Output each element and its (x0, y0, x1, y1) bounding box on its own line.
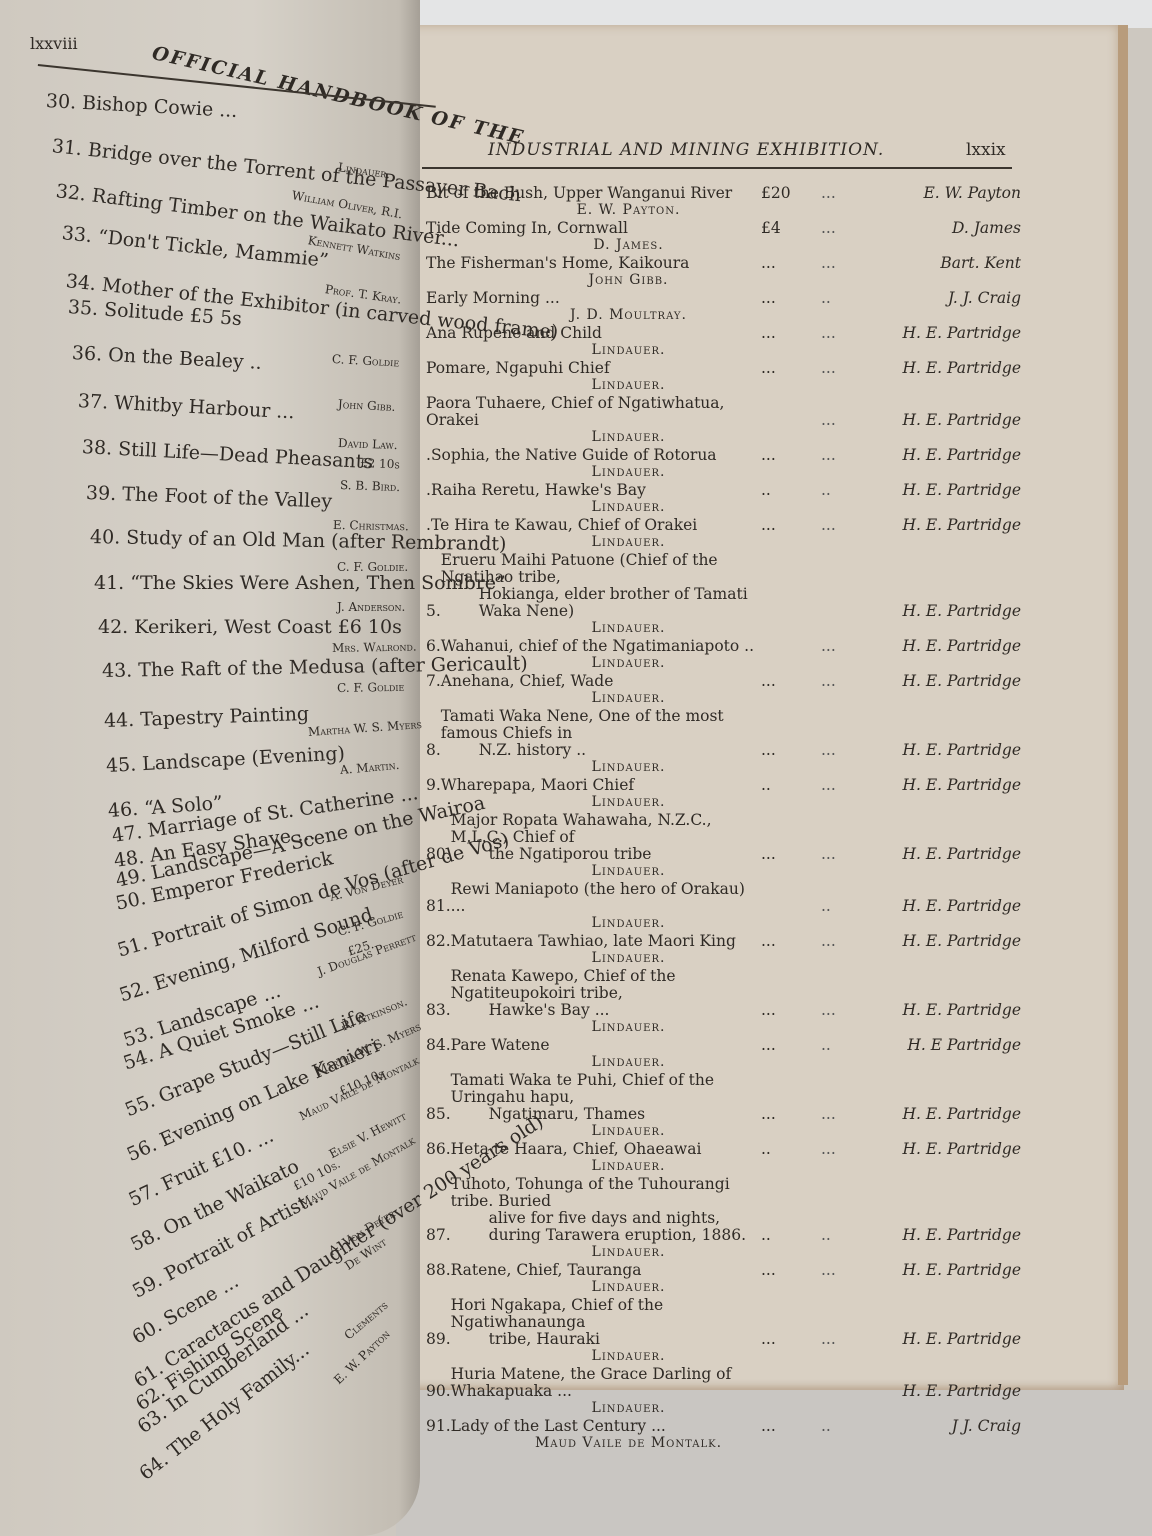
entry-price: ... (761, 255, 821, 272)
catalogue-entry: 5.Erueru Maihi Patuone (Chief of the Nga… (426, 552, 1021, 636)
entry-owner: H. E Partridge (861, 1037, 1021, 1054)
leader-dots: ... (821, 255, 861, 272)
leader-dots: ... (821, 325, 861, 342)
entry-artist: J. Anderson. (337, 600, 405, 614)
entry-price: ... (761, 360, 821, 377)
entry-price: ... (761, 933, 821, 950)
entry-price: ... (761, 673, 821, 690)
entry-artist: Lindauer. (426, 863, 1021, 879)
page-number: lxxviii (30, 34, 78, 53)
catalogue-entry: 9.Wharepapa, Maori Chief.....H. E. Partr… (426, 777, 1021, 810)
entry-owner: H. E. Partridge (861, 1331, 1021, 1348)
entry-price: ... (761, 290, 821, 307)
catalogue-entry: 90.Huria Matene, the Grace Darling of Wh… (426, 1366, 1021, 1416)
entry-artist: David Law. (338, 436, 398, 452)
entry-price: .. (761, 1227, 821, 1244)
entry-owner: E. W. Payton (861, 185, 1021, 202)
entry-owner: H. E. Partridge (861, 777, 1021, 794)
entry-owner: H. E. Partridge (861, 360, 1021, 377)
entry-artist: Lindauer. (426, 464, 1021, 480)
header-rule (422, 167, 1012, 169)
entry-price: ... (761, 1262, 821, 1279)
entry-owner: J. J. Craig (861, 290, 1021, 307)
entry-title: Renata Kawepo, Chief of the Ngatiteupoko… (451, 968, 761, 1019)
leader-dots: ... (821, 673, 861, 690)
entry-number: 87. (426, 1227, 451, 1244)
leader-dots: .. (821, 482, 861, 499)
entry-owner: H. E. Partridge (861, 325, 1021, 342)
entry-owner: H. E. Partridge (861, 1262, 1021, 1279)
leader-dots: ... (821, 777, 861, 794)
entry-owner: H. E. Partridge (861, 482, 1021, 499)
entry-price: ... (761, 447, 821, 464)
entry-artist: Lindauer. (426, 1019, 1021, 1035)
catalogue-entry: 39. The Foot of the Valley (86, 482, 333, 513)
leader-dots: ... (821, 517, 861, 534)
entry-artist: Lindauer. (426, 499, 1021, 515)
catalogue-entry: 82.Matutaera Tawhiao, late Maori King...… (426, 933, 1021, 966)
entry-owner: Bart. Kent (861, 255, 1021, 272)
leader-dots: ... (821, 412, 861, 429)
entry-title: Pomare, Ngapuhi Chief (426, 360, 761, 377)
catalogue-entry: .Sophia, the Native Guide of Rotorua....… (426, 447, 1021, 480)
entry-owner: H. E. Partridge (861, 517, 1021, 534)
entry-owner: H. E. Partridge (861, 638, 1021, 655)
leader-dots: ... (821, 1002, 861, 1019)
entry-number: 5. (426, 603, 441, 620)
entry-owner: H. E. Partridge (861, 1227, 1021, 1244)
entry-title: Anehana, Chief, Wade (441, 673, 761, 690)
entry-artist: Lindauer. (426, 950, 1021, 966)
entry-owner: J J. Craig (861, 1418, 1021, 1435)
entry-artist: Mrs. Walrond. (332, 640, 417, 655)
catalogue-entry: .Raiha Reretu, Hawke's Bay....H. E. Part… (426, 482, 1021, 515)
catalogue-entry: 41. “The Skies Were Ashen, Then Sombre” (94, 572, 506, 594)
entry-price: .. (761, 777, 821, 794)
catalogue-entry: 91.Lady of the Last Century ........J J.… (426, 1418, 1021, 1451)
entry-title: Tide Coming In, Cornwall (426, 220, 761, 237)
entry-artist: Lindauer. (426, 1279, 1021, 1295)
leader-dots: ... (821, 1262, 861, 1279)
leader-dots: .. (821, 1037, 861, 1054)
entry-price: £4 (761, 220, 821, 237)
leader-dots: ... (821, 1331, 861, 1348)
catalogue-entry: 84.Pare Watene.....H. E PartridgeLindaue… (426, 1037, 1021, 1070)
entry-owner: H. E. Partridge (861, 846, 1021, 863)
entry-price: ... (761, 742, 821, 759)
leader-dots: ... (821, 185, 861, 202)
leader-dots: .. (821, 1227, 861, 1244)
entry-artist: John Gibb. (426, 272, 1021, 288)
entry-artist: Lindauer. (426, 342, 1021, 358)
catalogue-entry: 37. Whitby Harbour ... (77, 390, 295, 423)
catalogue-entry: 89.Hori Ngakapa, Chief of the Ngatiwhana… (426, 1297, 1021, 1364)
entry-title: Hori Ngakapa, Chief of the Ngatiwhanaung… (451, 1297, 761, 1348)
entry-title: Huria Matene, the Grace Darling of Whaka… (451, 1366, 761, 1400)
entry-artist: Lindauer. (426, 1244, 1021, 1260)
catalogue-entry: 80.Major Ropata Wahawaha, N.Z.C., M.L.C.… (426, 812, 1021, 879)
entry-price: £20 (761, 185, 821, 202)
entry-artist: Martha W. S. Myers (308, 717, 423, 739)
leader-dots: ... (821, 220, 861, 237)
entry-owner: H. E. Partridge (861, 447, 1021, 464)
entry-title: Lady of the Last Century ... (451, 1418, 761, 1435)
catalogue-entry: .Te Hira te Kawau, Chief of Orakei......… (426, 517, 1021, 550)
entry-title: Tuhoto, Tohunga of the Tuhourangi tribe.… (451, 1176, 761, 1244)
leader-dots: ... (821, 360, 861, 377)
entry-number: 90. (426, 1383, 451, 1400)
entry-title: Rewi Maniapoto (the hero of Orakau) ... (451, 881, 761, 915)
entry-number: 9. (426, 777, 441, 794)
entry-artist: John Gibb. (338, 397, 396, 414)
entry-number: 81. (426, 898, 451, 915)
entry-title: Raiha Reretu, Hawke's Bay (431, 482, 761, 499)
entry-owner: H. E. Partridge (861, 673, 1021, 690)
entry-price: ... (761, 517, 821, 534)
entry-number: 89. (426, 1331, 451, 1348)
entry-number: 85. (426, 1106, 451, 1123)
left-page: lxxviii OFFICIAL HANDBOOK OF THE 30. Bis… (0, 0, 420, 1536)
entry-artist: Lindauer. (426, 1348, 1021, 1364)
catalogue-entry: 38. Still Life—Dead Pheasants (81, 436, 373, 473)
catalogue-entry: 30. Bishop Cowie ... (45, 90, 238, 122)
entry-artist: Lindauer. (426, 1400, 1021, 1416)
entry-number: 84. (426, 1037, 451, 1054)
entry-owner: H. E. Partridge (861, 603, 1021, 620)
entry-owner: H. E. Partridge (861, 742, 1021, 759)
leader-dots: ... (821, 447, 861, 464)
catalogue-entry: 36. On the Bealey .. (71, 342, 262, 374)
page-edge (1118, 25, 1128, 1385)
catalogue-entry: 42. Kerikeri, West Coast £6 10s (98, 616, 402, 638)
entry-artist: C. F. Goldie. (337, 560, 408, 574)
entry-title: Pare Watene (451, 1037, 761, 1054)
entry-number: 82. (426, 933, 451, 950)
entry-owner: H. E. Partridge (861, 898, 1021, 915)
entry-artist: Lindauer. (426, 690, 1021, 706)
entry-number: 83. (426, 1002, 451, 1019)
catalogue-entry: 83.Renata Kawepo, Chief of the Ngatiteup… (426, 968, 1021, 1035)
leader-dots: ... (821, 638, 861, 655)
entry-owner: H. E. Partridge (861, 1383, 1021, 1400)
entry-title: Early Morning ... (426, 290, 761, 307)
entry-title: The Fisherman's Home, Kaikoura (426, 255, 761, 272)
entry-price: ... (761, 1037, 821, 1054)
entry-artist: E. Christmas. (333, 518, 409, 533)
entry-price: ... (761, 325, 821, 342)
leader-dots: .. (821, 290, 861, 307)
catalogue-entry: 81.Rewi Maniapoto (the hero of Orakau) .… (426, 881, 1021, 931)
leader-dots: ... (821, 1106, 861, 1123)
entry-artist: S. B. Bird. (340, 478, 401, 494)
catalogue-entry: 88.Ratene, Chief, Tauranga......H. E. Pa… (426, 1262, 1021, 1295)
entry-artist: E. W. Payton (331, 1327, 392, 1387)
entry-price: ... (761, 846, 821, 863)
entry-price: .. (761, 482, 821, 499)
entry-artist: Maud Vaile de Montalk. (426, 1435, 1021, 1451)
entry-artist: Lindauer. (426, 794, 1021, 810)
leader-dots: ... (821, 933, 861, 950)
entry-owner: H. E. Partridge (861, 1141, 1021, 1158)
catalogue-entry: 44. Tapestry Painting (104, 703, 310, 732)
entry-artist: Lindauer. (426, 534, 1021, 550)
catalogue-entry: The Fisherman's Home, Kaikoura......Bart… (426, 255, 1021, 288)
entry-price: .. (761, 1141, 821, 1158)
entry-price: ... (761, 1418, 821, 1435)
catalogue-entry: Tide Coming In, Cornwall£4...D. JamesD. … (426, 220, 1021, 253)
catalogue-entry: Paora Tuhaere, Chief of Ngatiwhatua, Ora… (426, 395, 1021, 445)
entry-title: Matutaera Tawhiao, late Maori King (451, 933, 761, 950)
entry-title: Te Hira te Kawau, Chief of Orakei (431, 517, 761, 534)
entry-title: Wharepapa, Maori Chief (441, 777, 761, 794)
leader-dots: ... (821, 1141, 861, 1158)
entry-number: 88. (426, 1262, 451, 1279)
leader-dots: ... (821, 846, 861, 863)
entry-owner: H. E. Partridge (861, 1002, 1021, 1019)
right-page: INDUSTRIAL AND MINING EXHIBITION. lxxix … (398, 25, 1124, 1390)
entry-artist: Lindauer. (426, 377, 1021, 393)
entry-number: 86. (426, 1141, 451, 1158)
entry-price: ... (761, 1331, 821, 1348)
entry-artist: C. F. Goldie (332, 352, 400, 370)
entry-artist: A. Martin. (339, 758, 400, 777)
entry-title: Sophia, the Native Guide of Rotorua (431, 447, 761, 464)
leader-dots: .. (821, 1418, 861, 1435)
catalogue-entry: 8.Tamati Waka Nene, One of the most famo… (426, 708, 1021, 775)
page-number: lxxix (966, 140, 1006, 160)
entry-title: Tamati Waka Nene, One of the most famous… (441, 708, 761, 759)
entry-number: 91. (426, 1418, 451, 1435)
entry-owner: H. E. Partridge (861, 1106, 1021, 1123)
entry-price: ... (761, 1002, 821, 1019)
entry-artist: £2 10s (360, 456, 400, 471)
running-head: INDUSTRIAL AND MINING EXHIBITION. (488, 140, 1010, 160)
catalogue-entry: Pomare, Ngapuhi Chief......H. E. Partrid… (426, 360, 1021, 393)
leader-dots: ... (821, 742, 861, 759)
entry-price: ... (761, 1106, 821, 1123)
catalogue-entry: 7.Anehana, Chief, Wade......H. E. Partri… (426, 673, 1021, 706)
entry-artist: Lindauer. (426, 1158, 1021, 1174)
entry-title: Ratene, Chief, Tauranga (451, 1262, 761, 1279)
entry-owner: H. E. Partridge (861, 412, 1021, 429)
entry-artist: Lindauer. (426, 1054, 1021, 1070)
catalogue-entries: Bit of the Bush, Upper Wanganui River£20… (426, 185, 1021, 1453)
entry-owner: H. E. Partridge (861, 933, 1021, 950)
entry-artist: Lindauer. (426, 429, 1021, 445)
entry-number: 6. (426, 638, 441, 655)
entry-artist: Lindauer. (426, 759, 1021, 775)
entry-artist: D. James. (426, 237, 1021, 253)
entry-artist: Lindauer. (426, 620, 1021, 636)
entry-title: Paora Tuhaere, Chief of Ngatiwhatua, Ora… (426, 395, 761, 429)
catalogue-entry: 45. Landscape (Evening) (105, 742, 345, 776)
entry-number: 8. (426, 742, 441, 759)
entry-owner: D. James (861, 220, 1021, 237)
entry-artist: Lindauer. (426, 915, 1021, 931)
leader-dots: .. (821, 898, 861, 915)
catalogue-entry: 87.Tuhoto, Tohunga of the Tuhourangi tri… (426, 1176, 1021, 1260)
entry-artist: C. F. Goldie (337, 680, 405, 695)
entry-title: Tamati Waka te Puhi, Chief of the Uringa… (451, 1072, 761, 1123)
